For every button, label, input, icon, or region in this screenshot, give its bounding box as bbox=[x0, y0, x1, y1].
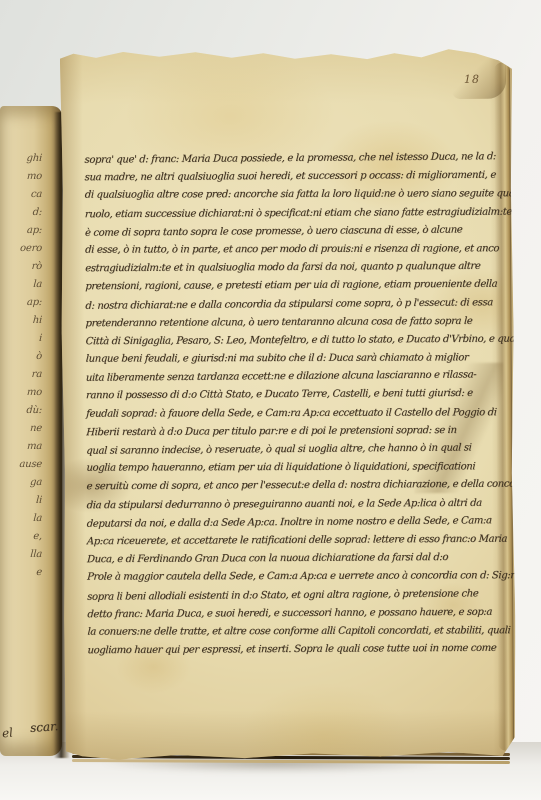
manuscript-line: di qualsiuoglia altre cose pred: ancorch… bbox=[84, 186, 511, 206]
manuscript-line: ranno il possesso di d:o Città Stato, e … bbox=[86, 385, 513, 406]
previous-page-line-fragment: lla bbox=[0, 546, 51, 564]
previous-page-line-fragment: e bbox=[0, 564, 51, 582]
scanned-manuscript-photo: ghimocad:ap:oeroròlaap:hiiòramodù:nemaau… bbox=[0, 0, 541, 800]
manuscript-line: e seruitù come di sopra, et anco per l'e… bbox=[86, 476, 513, 497]
previous-page-line-fragment: d: bbox=[0, 204, 51, 222]
manuscript-line: pretensioni, ragioni, cause, e pretesti … bbox=[85, 276, 512, 297]
previous-page-edge: ghimocad:ap:oeroròlaap:hiiòramodù:nemaau… bbox=[0, 106, 62, 756]
previous-page-line-fragment: ne bbox=[0, 420, 51, 438]
previous-page-line-fragment: rò bbox=[0, 258, 51, 276]
previous-page-line-fragment: e, bbox=[0, 528, 51, 546]
manuscript-text-block: sopra' que' d: franc: Maria Duca possied… bbox=[84, 149, 513, 661]
previous-page-line-fragment: mo bbox=[0, 384, 51, 402]
manuscript-line: Città di Sinigaglia, Pesaro, S: Leo, Mon… bbox=[85, 331, 512, 352]
manuscript-line: uogliamo hauer qui per espressi, et inse… bbox=[87, 640, 514, 661]
previous-page-line-fragment: la bbox=[0, 510, 51, 528]
previous-page-line-fragment: ra bbox=[0, 366, 51, 384]
previous-page-line-fragment: ause bbox=[0, 456, 51, 474]
manuscript-line: la conuers:ne delle tratte, et altre cos… bbox=[87, 622, 514, 642]
previous-page-bottom-fragment: el bbox=[1, 725, 13, 740]
manuscript-line: detto franc: Maria Duca, e suoi heredi, … bbox=[87, 603, 514, 624]
previous-page-line-fragment: li bbox=[0, 492, 51, 510]
previous-page-line-fragment: ma bbox=[0, 438, 51, 456]
folio-page-number: 18 bbox=[464, 73, 480, 86]
previous-page-line-fragment: ò bbox=[0, 348, 51, 366]
previous-page-line-fragment: ga bbox=[0, 474, 51, 492]
manuscript-line: feudali soprad: à fauore della Sede, e C… bbox=[86, 404, 513, 424]
manuscript-line: di esse, ò in tutto, ò in parte, et anco… bbox=[85, 240, 512, 260]
previous-page-line-fragment: dù: bbox=[0, 402, 51, 420]
previous-page-line-fragment: ca bbox=[0, 186, 51, 204]
previous-page-line-fragment: i bbox=[0, 330, 51, 348]
previous-page-line-fragment: ghi bbox=[0, 150, 51, 168]
previous-page-line-fragment: hi bbox=[0, 312, 51, 330]
page-edge-highlight-line bbox=[72, 759, 510, 764]
previous-page-line-fragment: la bbox=[0, 276, 51, 294]
catchword: scar. bbox=[30, 719, 59, 735]
manuscript-line: pretenderanno retentione alcuna, ò uero … bbox=[85, 312, 512, 333]
previous-page-text-fragments: ghimocad:ap:oeroròlaap:hiiòramodù:nemaau… bbox=[0, 150, 50, 582]
previous-page-line-fragment: ap: bbox=[0, 294, 51, 312]
manuscript-page: 18 sopra' que' d: franc: Maria Duca poss… bbox=[60, 45, 516, 762]
previous-page-line-fragment: mo bbox=[0, 168, 51, 186]
manuscript-line: Prole à maggior cautela della Sede, e Ca… bbox=[87, 567, 514, 587]
previous-page-line-fragment: oero bbox=[0, 240, 51, 258]
previous-page-line-fragment: ap: bbox=[0, 222, 51, 240]
